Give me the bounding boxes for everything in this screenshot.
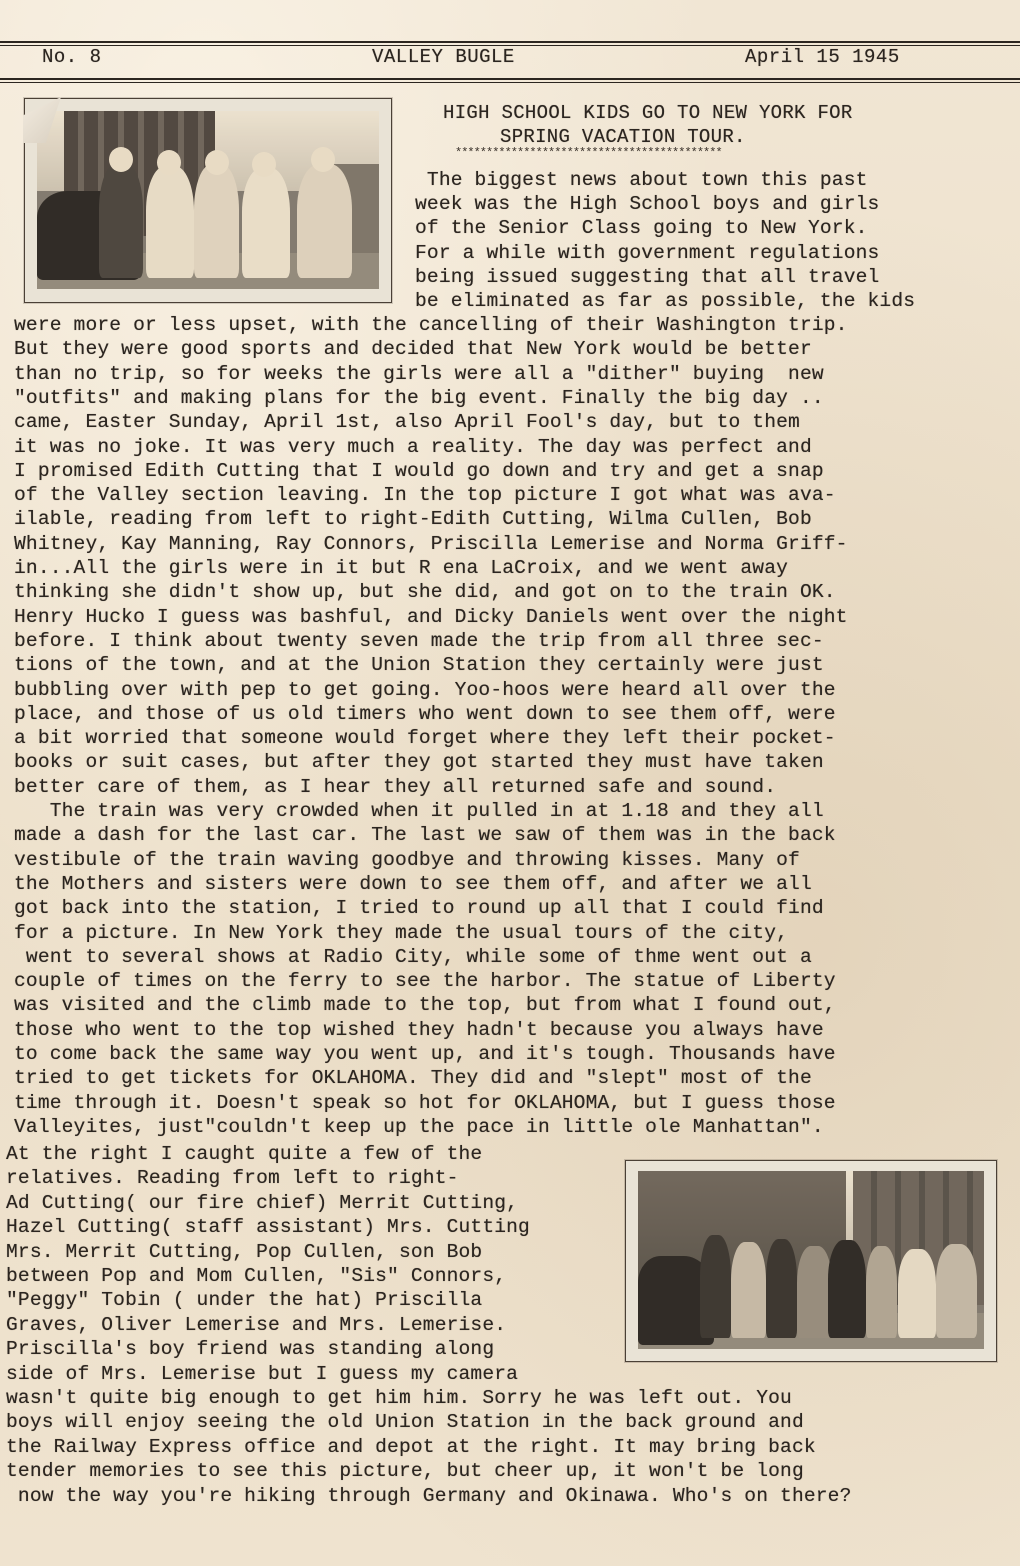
article-line: vestibule of the train waving goodbye an… — [14, 848, 800, 872]
article-line: But they were good sports and decided th… — [14, 337, 812, 361]
article-line: Henry Hucko I guess was bashful, and Dic… — [14, 605, 848, 629]
article-line: than no trip, so for weeks the girls wer… — [14, 362, 824, 386]
article-line: were more or less upset, with the cancel… — [14, 313, 848, 337]
article-line: relatives. Reading from left to right- — [6, 1166, 459, 1190]
article-line: Ad Cutting( our fire chief) Merrit Cutti… — [6, 1191, 518, 1215]
article-line: ilable, reading from left to right-Edith… — [14, 507, 812, 531]
article-line: place, and those of us old timers who we… — [14, 702, 836, 726]
newsletter-title: VALLEY BUGLE — [372, 46, 515, 68]
article-line: books or suit cases, but after they got … — [14, 750, 824, 774]
article-headline-line-2: SPRING VACATION TOUR. — [500, 126, 746, 148]
article-line: the Mothers and sisters were down to see… — [14, 872, 812, 896]
headline-divider: ****************************************… — [455, 146, 722, 160]
article-line: for a picture. In New York they made the… — [14, 921, 788, 945]
article-line: "outfits" and making plans for the big e… — [14, 386, 824, 410]
article-line: of the Senior Class going to New York. — [415, 216, 868, 240]
article-line: a bit worried that someone would forget … — [14, 726, 836, 750]
article-line: got back into the station, I tried to ro… — [14, 896, 824, 920]
article-line: made a dash for the last car. The last w… — [14, 823, 836, 847]
bottom-photo-frame — [625, 1160, 997, 1362]
article-line: tried to get tickets for OKLAHOMA. They … — [14, 1066, 812, 1090]
article-line: Mrs. Merrit Cutting, Pop Cullen, son Bob — [6, 1240, 482, 1264]
article-headline-line-1: HIGH SCHOOL KIDS GO TO NEW YORK FOR — [443, 102, 853, 124]
article-line: went to several shows at Radio City, whi… — [14, 945, 812, 969]
masthead-rule-bottom-1 — [0, 78, 1020, 80]
article-line: in...All the girls were in it but R ena … — [14, 556, 788, 580]
article-line: boys will enjoy seeing the old Union Sta… — [6, 1410, 804, 1434]
article-line: I promised Edith Cutting that I would go… — [14, 459, 824, 483]
article-line: tender memories to see this picture, but… — [6, 1459, 804, 1483]
issue-date: April 15 1945 — [745, 46, 900, 68]
top-photo — [37, 111, 379, 289]
article-line: time through it. Doesn't speak so hot fo… — [14, 1091, 836, 1115]
article-line: Priscilla's boy friend was standing alon… — [6, 1337, 494, 1361]
article-line: Graves, Oliver Lemerise and Mrs. Lemeris… — [6, 1313, 506, 1337]
masthead: No. 8 VALLEY BUGLE April 15 1945 — [0, 46, 1020, 76]
article-line: was visited and the climb made to the to… — [14, 993, 836, 1017]
article-line: Hazel Cutting( staff assistant) Mrs. Cut… — [6, 1215, 530, 1239]
article-line: it was no joke. It was very much a reali… — [14, 435, 812, 459]
top-photo-frame — [24, 98, 392, 303]
article-line: The biggest news about town this past — [415, 168, 868, 192]
article-line: thinking she didn't show up, but she did… — [14, 580, 836, 604]
article-line: Whitney, Kay Manning, Ray Connors, Prisc… — [14, 532, 848, 556]
article-line: being issued suggesting that all travel — [415, 265, 879, 289]
article-line: tions of the town, and at the Union Stat… — [14, 653, 824, 677]
article-line: better care of them, as I hear they all … — [14, 775, 776, 799]
article-line: side of Mrs. Lemerise but I guess my cam… — [6, 1362, 518, 1386]
article-line: The train was very crowded when it pulle… — [14, 799, 824, 823]
article-line: wasn't quite big enough to get him him. … — [6, 1386, 792, 1410]
article-line: Valleyites, just"couldn't keep up the pa… — [14, 1115, 824, 1139]
issue-number: No. 8 — [42, 46, 102, 68]
article-line: between Pop and Mom Cullen, "Sis" Connor… — [6, 1264, 506, 1288]
article-line: before. I think about twenty seven made … — [14, 629, 824, 653]
article-line: came, Easter Sunday, April 1st, also Apr… — [14, 410, 800, 434]
article-line: now the way you're hiking through German… — [6, 1484, 851, 1508]
article-line: For a while with government regulations — [415, 241, 879, 265]
article-line: week was the High School boys and girls — [415, 192, 879, 216]
masthead-rule-bottom-2 — [0, 82, 1020, 83]
bottom-photo — [638, 1171, 984, 1349]
article-line: be eliminated as far as possible, the ki… — [415, 289, 915, 313]
masthead-rule-top-1 — [0, 41, 1020, 43]
article-line: to come back the same way you went up, a… — [14, 1042, 836, 1066]
article-line: At the right I caught quite a few of the — [6, 1142, 482, 1166]
article-line: of the Valley section leaving. In the to… — [14, 483, 836, 507]
article-line: those who went to the top wished they ha… — [14, 1018, 824, 1042]
article-line: "Peggy" Tobin ( under the hat) Priscilla — [6, 1288, 482, 1312]
article-line: the Railway Express office and depot at … — [6, 1435, 816, 1459]
article-line: couple of times on the ferry to see the … — [14, 969, 836, 993]
article-line: bubbling over with pep to get going. Yoo… — [14, 678, 836, 702]
